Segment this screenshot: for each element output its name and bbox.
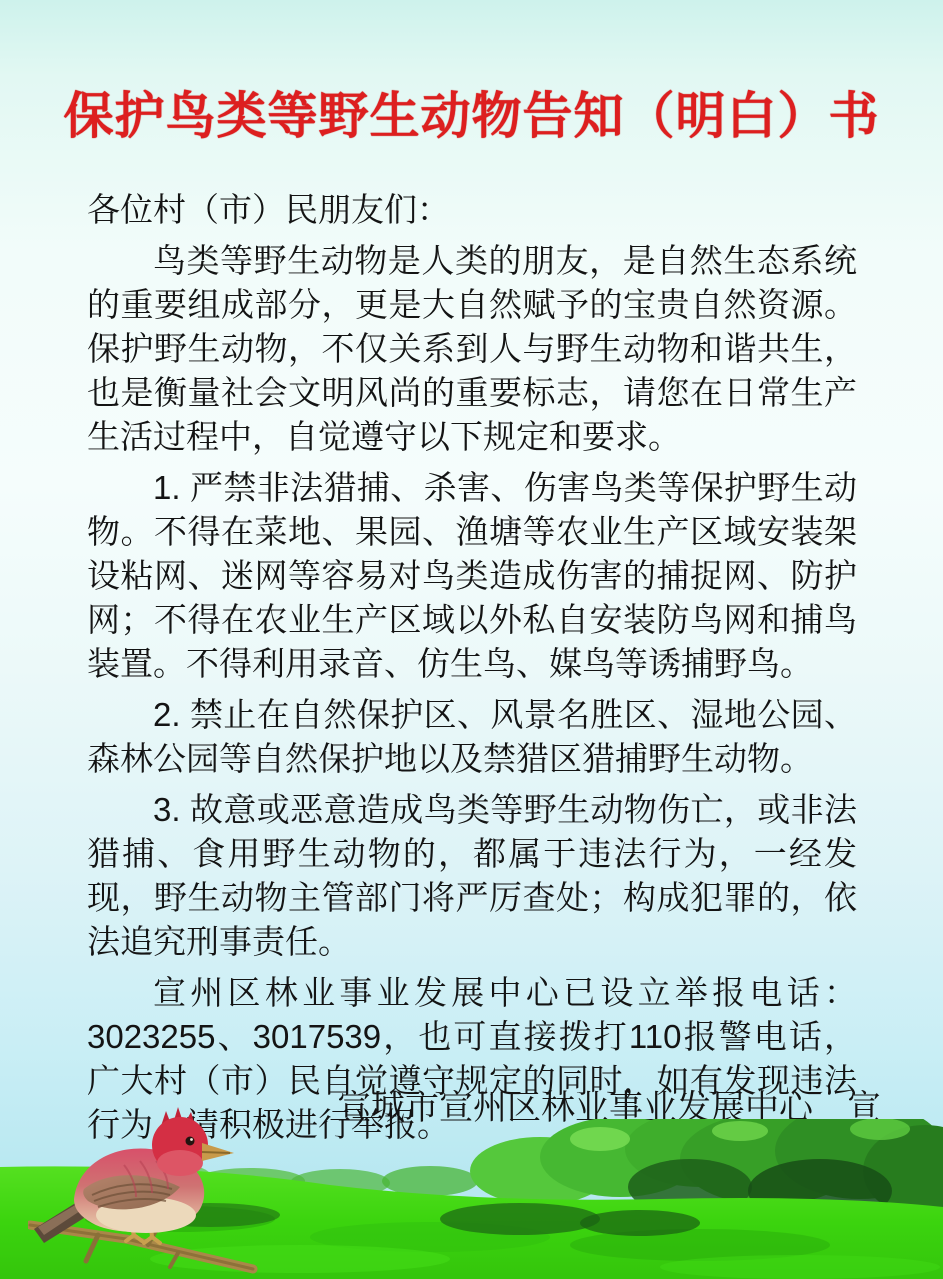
bird-eye-highlight [190,1138,193,1141]
paragraph-rule-2: 2. 禁止在自然保护区、风景名胜区、湿地公园、森林公园等自然保护地以及禁猎区猎捕… [87,693,857,781]
bird-head [152,1107,208,1176]
poster-title: 保护鸟类等野生动物告知（明白）书 [0,76,943,156]
salutation: 各位村（市）民朋友们： [87,188,857,232]
bird-eye [186,1137,195,1146]
paragraph-rule-1: 1. 严禁非法猎捕、杀害、伤害鸟类等保护野生动物。不得在菜地、果园、渔塘等农业生… [87,466,857,686]
paragraph-intro: 鸟类等野生动物是人类的朋友，是自然生态系统的重要组成部分，更是大自然赋予的宝贵自… [87,239,857,459]
poster-page: 保护鸟类等野生动物告知（明白）书 各位村（市）民朋友们： 鸟类等野生动物是人类的… [0,0,943,1279]
bird-beak-line [202,1152,230,1153]
bird-image [28,1103,258,1275]
bird-illustration [28,1103,258,1275]
notice-body: 各位村（市）民朋友们： 鸟类等野生动物是人类的朋友，是自然生态系统的重要组成部分… [87,188,857,1154]
paragraph-rule-3: 3. 故意或恶意造成鸟类等野生动物伤亡，或非法猎捕、食用野生动物的，都属于违法行… [87,788,857,964]
